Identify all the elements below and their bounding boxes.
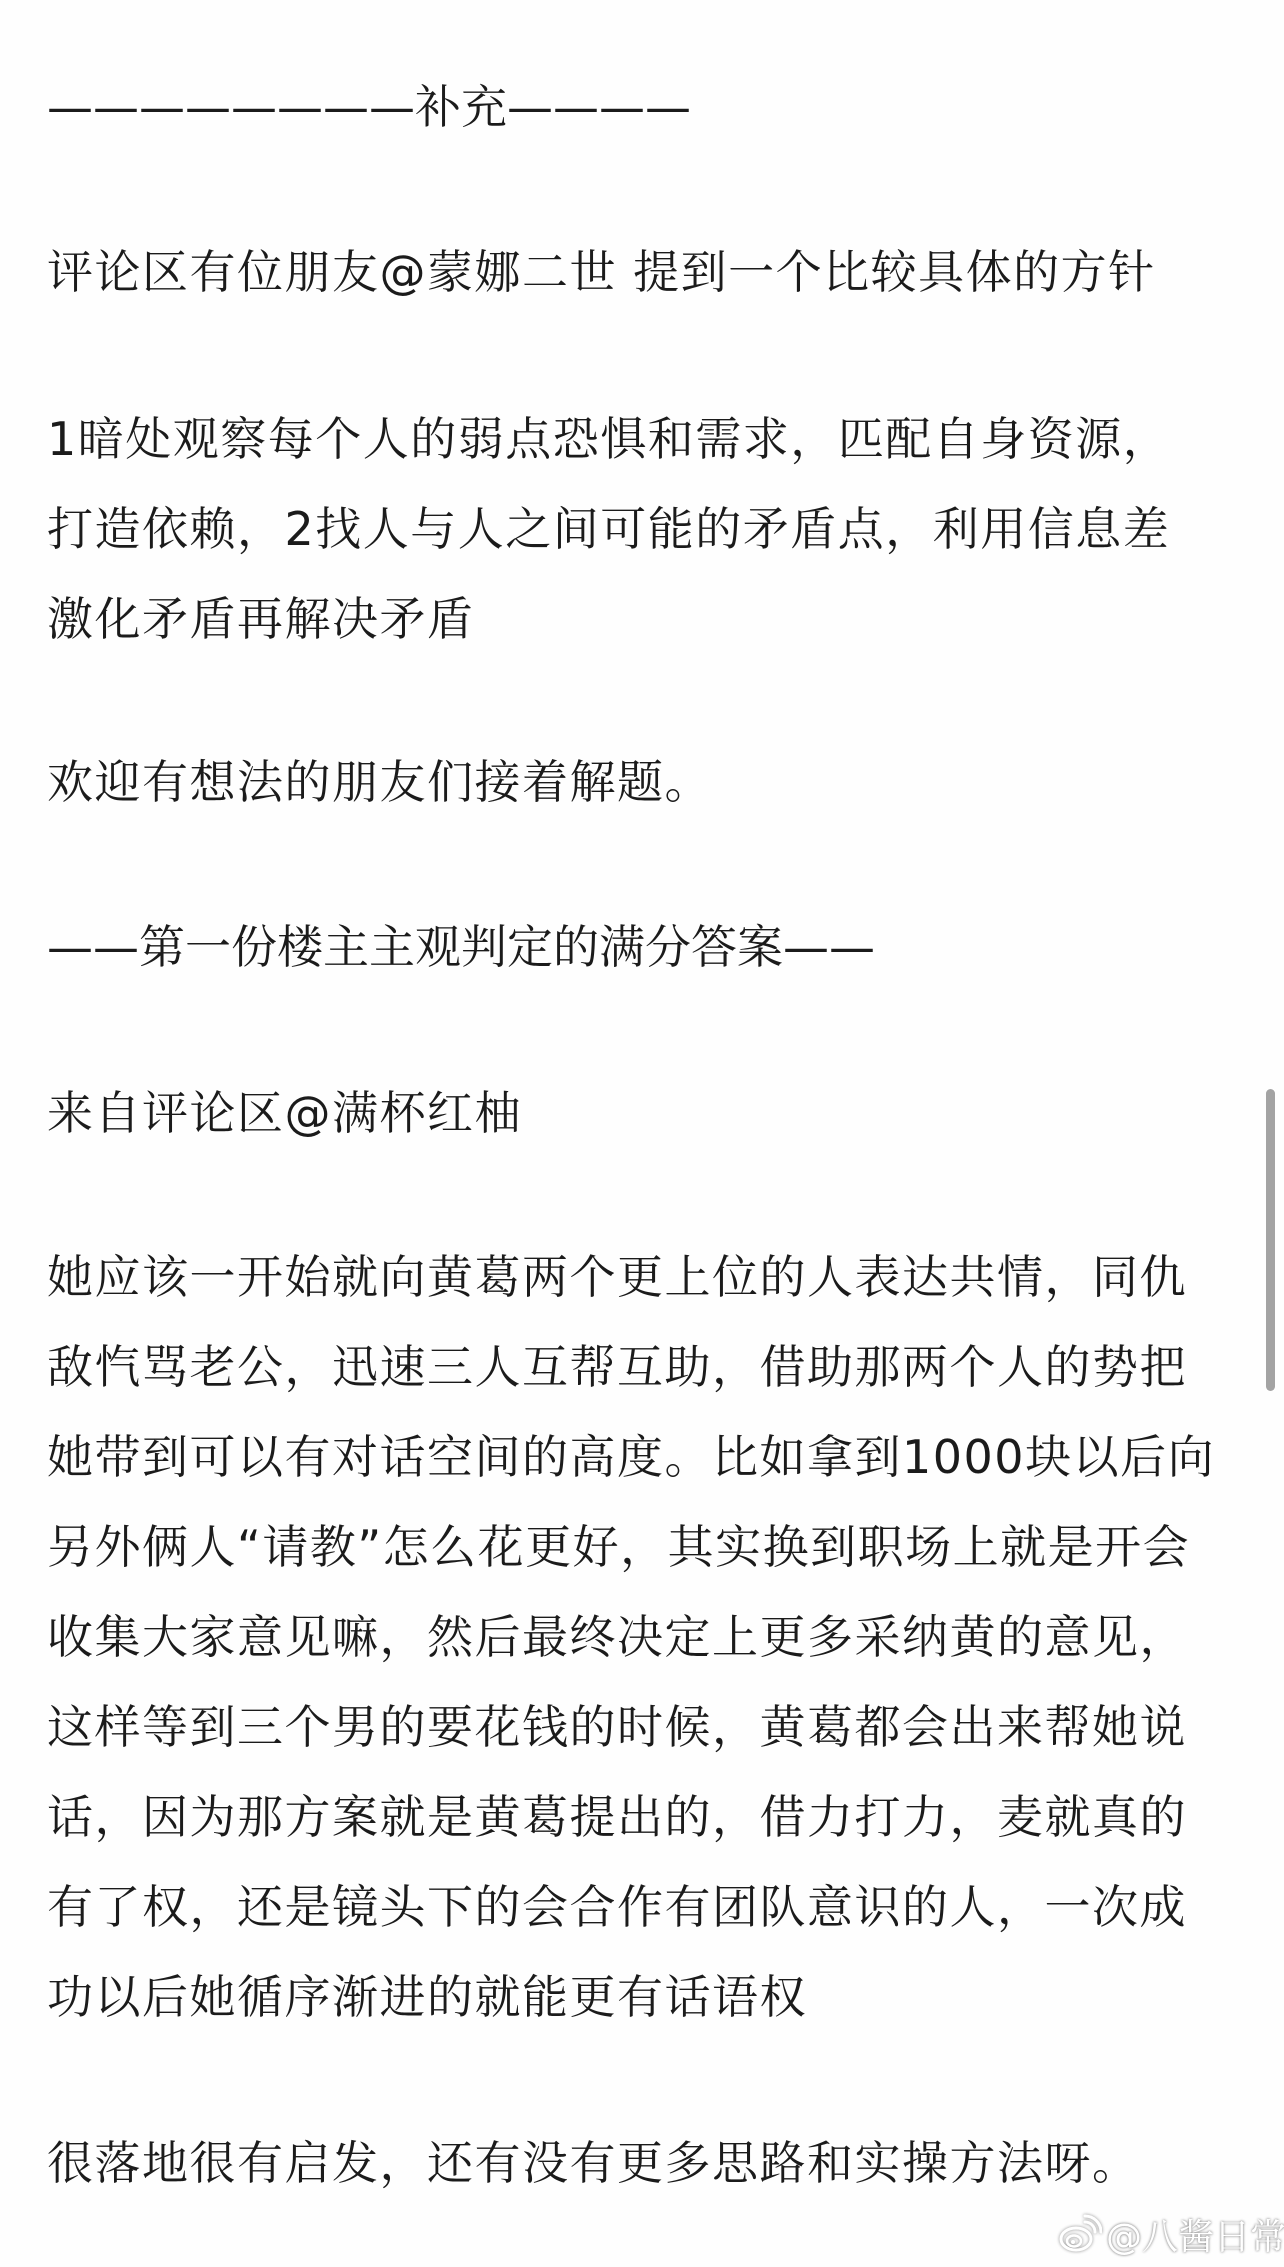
heading-text: ——第一份楼主主观判定的满分答案——	[47, 902, 1244, 992]
section-heading-supplement: ————————补充————	[47, 62, 1244, 152]
closing-paragraph: 很落地很有启发，还有没有更多思路和实操方法呀。	[47, 2118, 1244, 2208]
weibo-icon	[1058, 2214, 1102, 2254]
paragraph-line: 她应该一开始就向黄葛两个更上位的人表达共情，同仇	[47, 1232, 1244, 1322]
vertical-scrollbar[interactable]	[1266, 1089, 1275, 1391]
intro-text: 评论区有位朋友@蒙娜二世 提到一个比较具体的方针	[47, 227, 1244, 317]
watermark: @八酱日常	[1058, 2208, 1284, 2260]
paragraph-line: 有了权，还是镜头下的会合作有团队意识的人，一次成	[47, 1862, 1244, 1952]
invite-text: 欢迎有想法的朋友们接着解题。	[47, 737, 1244, 827]
paragraph-line: 激化矛盾再解决矛盾	[47, 574, 1244, 664]
paragraph-line: 1暗处观察每个人的弱点恐惧和需求，匹配自身资源，	[47, 394, 1244, 484]
paragraph-line: 功以后她循序渐进的就能更有话语权	[47, 1952, 1244, 2042]
section-heading-answer: ——第一份楼主主观判定的满分答案——	[47, 902, 1244, 992]
paragraph-line: 这样等到三个男的要花钱的时候，黄葛都会出来帮她说	[47, 1682, 1244, 1772]
source-paragraph: 来自评论区@满杯红柚	[47, 1068, 1244, 1158]
paragraph-line: 她带到可以有对话空间的高度。比如拿到1000块以后向	[47, 1412, 1244, 1502]
strategy-paragraph: 1暗处观察每个人的弱点恐惧和需求，匹配自身资源， 打造依赖，2找人与人之间可能的…	[47, 394, 1244, 664]
paragraph-line: 敌忾骂老公，迅速三人互帮互助，借助那两个人的势把	[47, 1322, 1244, 1412]
heading-text: ————————补充————	[47, 62, 1244, 152]
watermark-text: @八酱日常	[1106, 2209, 1284, 2260]
source-text: 来自评论区@满杯红柚	[47, 1068, 1244, 1158]
paragraph-line: 话，因为那方案就是黄葛提出的，借力打力，麦就真的	[47, 1772, 1244, 1862]
intro-paragraph: 评论区有位朋友@蒙娜二世 提到一个比较具体的方针	[47, 227, 1244, 317]
answer-paragraph: 她应该一开始就向黄葛两个更上位的人表达共情，同仇 敌忾骂老公，迅速三人互帮互助，…	[47, 1232, 1244, 2042]
paragraph-line: 收集大家意见嘛，然后最终决定上更多采纳黄的意见，	[47, 1592, 1244, 1682]
closing-text: 很落地很有启发，还有没有更多思路和实操方法呀。	[47, 2118, 1244, 2208]
invite-paragraph: 欢迎有想法的朋友们接着解题。	[47, 737, 1244, 827]
paragraph-line: 打造依赖，2找人与人之间可能的矛盾点，利用信息差	[47, 484, 1244, 574]
paragraph-line: 另外俩人“请教”怎么花更好，其实换到职场上就是开会	[47, 1502, 1244, 1592]
